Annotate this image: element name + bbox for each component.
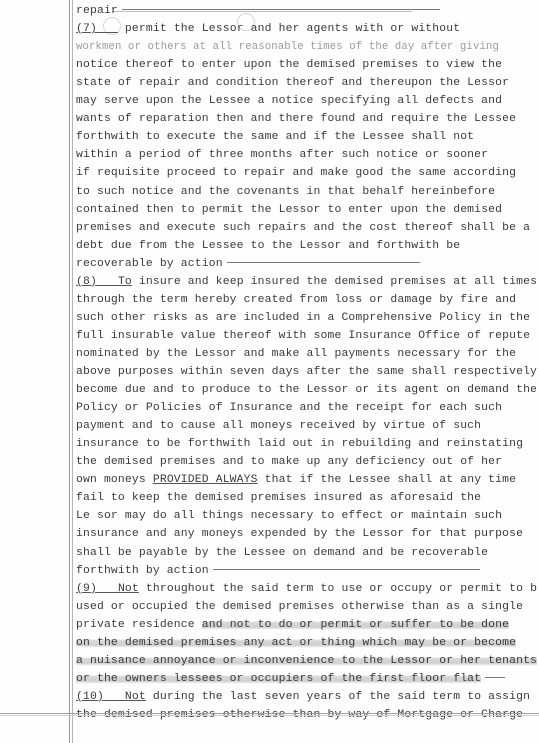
line-text: Policy or Policies of Insurance and the … — [76, 402, 502, 414]
document-line: contained then to permit the Lessor to e… — [76, 201, 502, 219]
document-line: forthwith to execute the same and if the… — [76, 128, 474, 146]
document-line: become due and to produce to the Lessor … — [76, 381, 537, 399]
line-text: recoverable by action — [76, 258, 223, 270]
highlighted-text: on the demised premises any act or thing… — [76, 637, 516, 649]
document-line: used or occupied the demised premises ot… — [76, 598, 523, 616]
document-line: workmen or others at all reasonable time… — [76, 38, 499, 56]
fill-line — [122, 9, 440, 10]
document-line: payment and to cause all moneys received… — [76, 417, 481, 435]
document-line: shall be payable by the Lessee on demand… — [76, 544, 488, 562]
document-line: private residence and not to do or permi… — [76, 616, 509, 634]
fill-line — [485, 677, 505, 678]
document-line: nominated by the Lessor and make all pay… — [76, 345, 516, 363]
line-text: debt due from the Lessee to the Lessor a… — [76, 240, 460, 252]
line-text: may serve upon the Lessee a notice speci… — [76, 95, 502, 107]
clause-number: (10) — [76, 691, 104, 703]
line-text: payment and to cause all moneys received… — [76, 420, 481, 432]
document-line: debt due from the Lessee to the Lessor a… — [76, 237, 460, 255]
clause-keyword: Not — [125, 691, 146, 703]
line-text: repair — [76, 5, 118, 17]
line-text: such other risks as are included in a Co… — [76, 312, 530, 324]
left-margin-rule — [69, 0, 70, 743]
document-line: (9) Not throughout the said term to use … — [76, 580, 537, 598]
document-line: full insurable value thereof with some I… — [76, 327, 530, 345]
line-text: used or occupied the demised premises ot… — [76, 601, 523, 613]
highlighted-text: and not to do or permit or suffer to be … — [202, 619, 509, 631]
document-line: Policy or Policies of Insurance and the … — [76, 399, 502, 417]
document-line: or the owners lessees or occupiers of th… — [76, 670, 505, 688]
line-text: during the last seven years of the said … — [146, 691, 530, 703]
line-text: insurance and any moneys expended by the… — [76, 528, 523, 540]
document-line: such other risks as are included in a Co… — [76, 309, 530, 327]
left-margin-rule-inner — [72, 0, 73, 743]
highlighted-text: or the owners lessees or occupiers of th… — [76, 673, 481, 685]
document-line: (7) permit the Lessor and her agents wit… — [76, 20, 460, 38]
line-text: notice thereof to enter upon the demised… — [76, 59, 502, 71]
document-line: forthwith by action — [76, 562, 480, 580]
document-line: Le sor may do all things necessary to ef… — [76, 507, 502, 525]
document-line: repair — [76, 2, 440, 20]
line-text: throughout the said term to use or occup… — [139, 583, 537, 595]
document-line: within a period of three months after su… — [76, 146, 488, 164]
line-text: insurance to be forthwith laid out in re… — [76, 438, 523, 450]
document-line: recoverable by action — [76, 255, 420, 273]
line-text: that if the Lessee shall at any time — [258, 474, 516, 486]
line-text: state of repair and condition thereof an… — [76, 77, 509, 89]
line-text: nominated by the Lessor and make all pay… — [76, 348, 516, 360]
document-line: (10) Not during the last seven years of … — [76, 688, 530, 706]
line-text: wants of reparation then and there found… — [76, 113, 516, 125]
line-text: insure and keep insured the demised prem… — [132, 276, 537, 288]
fill-line — [227, 262, 420, 263]
document-line: through the term hereby created from los… — [76, 291, 516, 309]
line-text: forthwith to execute the same and if the… — [76, 131, 474, 143]
document-line: may serve upon the Lessee a notice speci… — [76, 92, 502, 110]
line-text: if requisite proceed to repair and make … — [76, 167, 516, 179]
line-text: shall be payable by the Lessee on demand… — [76, 547, 488, 559]
line-text: the demised premises and to make up any … — [76, 456, 502, 468]
clause-underline-gap — [97, 583, 118, 595]
clause-underline-gap — [104, 691, 125, 703]
document-line: insurance to be forthwith laid out in re… — [76, 435, 523, 453]
line-text: full insurable value thereof with some I… — [76, 330, 530, 342]
document-line: a nuisance annoyance or inconvenience to… — [76, 652, 537, 670]
document-line: if requisite proceed to repair and make … — [76, 164, 516, 182]
line-text: above purposes within seven days after t… — [76, 366, 537, 378]
clause-underline-gap — [97, 276, 118, 288]
line-text: fail to keep the demised premises insure… — [76, 492, 481, 504]
line-text: contained then to permit the Lessor to e… — [76, 204, 502, 216]
line-text: become due and to produce to the Lessor … — [76, 384, 537, 396]
document-line: own moneys PROVIDED ALWAYS that if the L… — [76, 471, 516, 489]
document-line: above purposes within seven days after t… — [76, 363, 537, 381]
clause-keyword: To — [118, 276, 132, 288]
line-text: private residence — [76, 619, 202, 631]
document-line: the demised premises and to make up any … — [76, 453, 502, 471]
bottom-rule-2 — [0, 715, 539, 716]
document-line: state of repair and condition thereof an… — [76, 74, 509, 92]
fill-line — [213, 569, 480, 570]
line-text: to such notice and the covenants in that… — [76, 186, 495, 198]
clause-keyword: Not — [118, 583, 139, 595]
clause-underline-gap — [97, 23, 118, 35]
line-text: Le sor may do all things necessary to ef… — [76, 510, 502, 522]
highlighted-text: a nuisance annoyance or inconvenience to… — [76, 655, 537, 667]
document-line: insurance and any moneys expended by the… — [76, 525, 523, 543]
scanned-document-page: repair(7) permit the Lessor and her agen… — [0, 0, 539, 743]
document-line: fail to keep the demised premises insure… — [76, 489, 481, 507]
document-line: on the demised premises any act or thing… — [76, 634, 516, 652]
line-text: within a period of three months after su… — [76, 149, 488, 161]
clause-number: (7) — [76, 23, 97, 35]
document-line: to such notice and the covenants in that… — [76, 183, 495, 201]
clause-number: (9) — [76, 583, 97, 595]
line-text: permit the Lessor and her agents with or… — [118, 23, 460, 35]
line-text: own moneys — [76, 474, 153, 486]
emphasized-phrase: PROVIDED ALWAYS — [153, 474, 258, 486]
line-text: workmen or others at all reasonable time… — [76, 41, 499, 53]
document-line: wants of reparation then and there found… — [76, 110, 516, 128]
document-line: (8) To insure and keep insured the demis… — [76, 273, 537, 291]
line-text: through the term hereby created from los… — [76, 294, 516, 306]
document-line: premises and execute such repairs and th… — [76, 219, 530, 237]
document-line: notice thereof to enter upon the demised… — [76, 56, 502, 74]
line-text: forthwith by action — [76, 565, 209, 577]
line-text: premises and execute such repairs and th… — [76, 222, 530, 234]
bottom-rule — [0, 713, 539, 714]
clause-number: (8) — [76, 276, 97, 288]
